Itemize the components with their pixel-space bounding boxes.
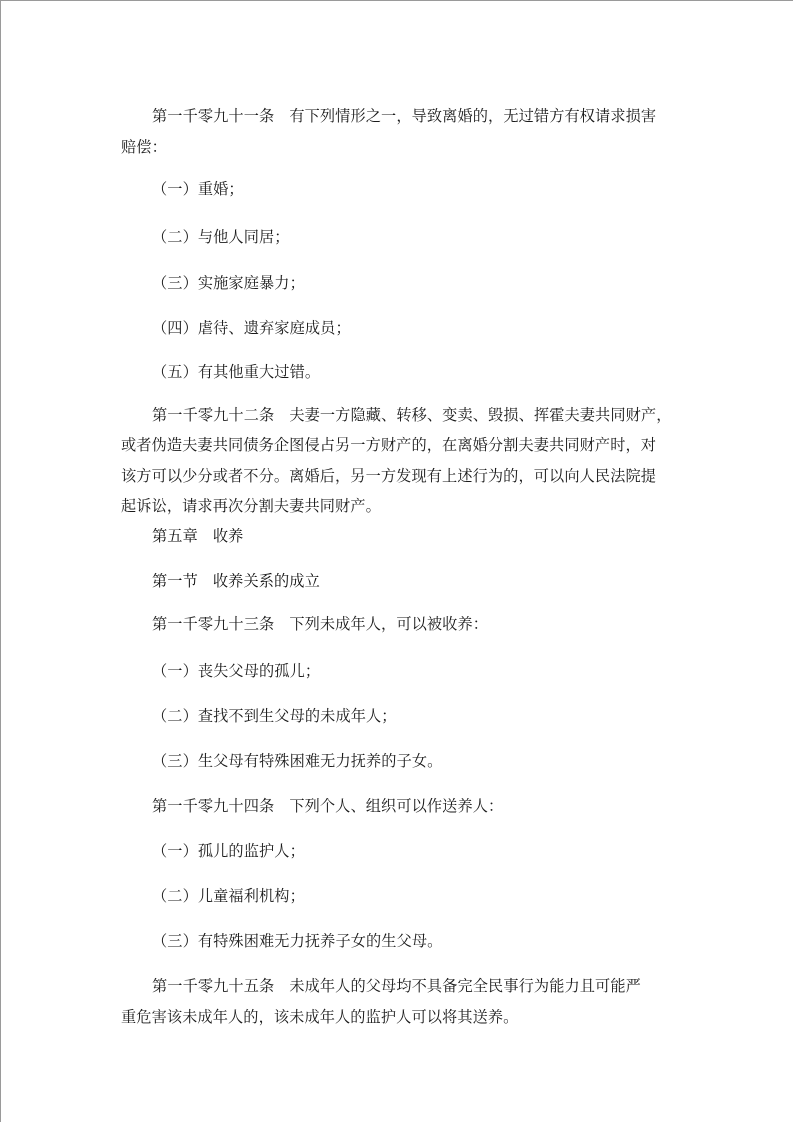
article-text: 下列个人、组织可以作送养人：: [289, 797, 503, 815]
list-item: （二）查找不到生父母的未成年人；: [152, 706, 712, 726]
article-1093-line-1: 第一千零九十三条下列未成年人，可以被收养：: [152, 614, 712, 634]
document-page: 第一千零九十一条有下列情形之一，导致离婚的，无过错方有权请求损害 赔偿： （一）…: [0, 0, 793, 1122]
article-1092-line-3: 该方可以少分或者不分。离婚后，另一方发现有上述行为的，可以向人民法院提: [121, 466, 681, 486]
article-number: 第一千零九十一条: [152, 107, 274, 125]
article-number: 第一千零九十三条: [152, 615, 274, 633]
list-item: （四）虐待、遗弃家庭成员；: [152, 318, 712, 338]
article-1092-line-4: 起诉讼，请求再次分割夫妻共同财产。: [121, 496, 681, 516]
article-number: 第一千零九十五条: [152, 977, 274, 995]
article-1095-line-2: 重危害该未成年人的，该未成年人的监护人可以将其送养。: [121, 1007, 681, 1027]
article-1092-line-1: 第一千零九十二条夫妻一方隐藏、转移、变卖、毁损、挥霍夫妻共同财产，: [152, 405, 712, 425]
article-number: 第一千零九十二条: [152, 406, 274, 424]
section-heading: 第一节收养关系的成立: [152, 571, 712, 591]
list-item: （一）孤儿的监护人；: [152, 841, 712, 861]
chapter-number: 第五章: [152, 527, 198, 545]
article-text: 下列未成年人，可以被收养：: [289, 615, 488, 633]
article-1091-line-1: 第一千零九十一条有下列情形之一，导致离婚的，无过错方有权请求损害: [152, 106, 712, 126]
list-item: （三）生父母有特殊困难无力抚养的子女。: [152, 751, 712, 771]
section-title: 收养关系的成立: [213, 572, 320, 590]
article-1091-line-2: 赔偿：: [121, 137, 681, 157]
article-text: 有下列情形之一，导致离婚的，无过错方有权请求损害: [289, 107, 656, 125]
list-item: （二）与他人同居；: [152, 227, 712, 247]
article-1092-line-2: 或者伪造夫妻共同债务企图侵占另一方财产的，在离婚分割夫妻共同财产时，对: [121, 435, 681, 455]
article-1095-line-1: 第一千零九十五条未成年人的父母均不具备完全民事行为能力且可能严: [152, 976, 712, 996]
list-item: （一）丧失父母的孤儿；: [152, 661, 712, 681]
list-item: （三）实施家庭暴力；: [152, 273, 712, 293]
article-text: 夫妻一方隐藏、转移、变卖、毁损、挥霍夫妻共同财产，: [289, 406, 671, 424]
article-text: 未成年人的父母均不具备完全民事行为能力且可能严: [289, 977, 641, 995]
list-item: （三）有特殊困难无力抚养子女的生父母。: [152, 931, 712, 951]
chapter-heading: 第五章收养: [152, 526, 712, 546]
list-item: （二）儿童福利机构；: [152, 886, 712, 906]
article-1094-line-1: 第一千零九十四条下列个人、组织可以作送养人：: [152, 796, 712, 816]
list-item: （一）重婚；: [152, 179, 712, 199]
article-number: 第一千零九十四条: [152, 797, 274, 815]
list-item: （五）有其他重大过错。: [152, 362, 712, 382]
chapter-title: 收养: [213, 527, 244, 545]
section-number: 第一节: [152, 572, 198, 590]
